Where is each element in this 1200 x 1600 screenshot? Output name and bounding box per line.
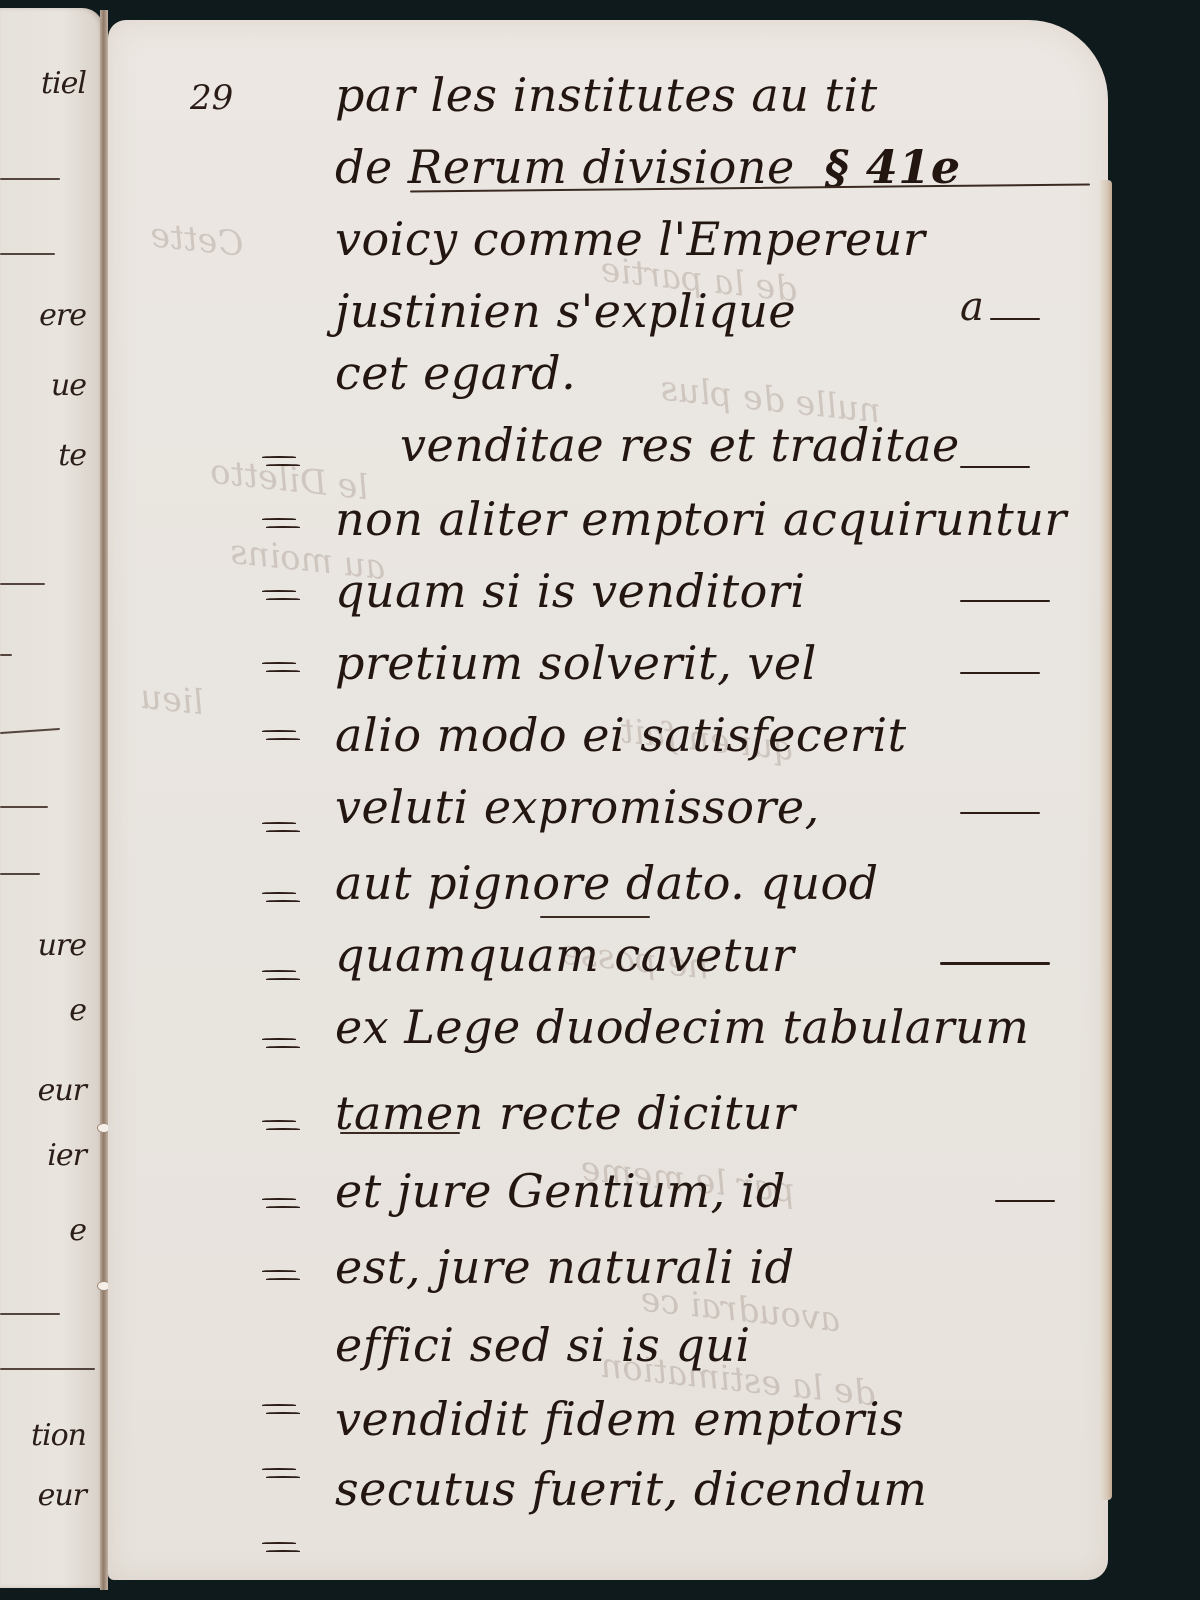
manuscript-line-paragraph-start: venditae res et traditae [400,418,960,472]
line-filler-tail [960,672,1040,674]
pen-stroke [0,728,60,734]
left-facing-page: tiel ere ue te ure e eur ier e tion eur [0,8,104,1588]
line-text: veluti expromissore, [335,780,820,834]
left-page-fragment: ue [51,368,86,403]
margin-equals-mark [262,968,296,984]
margin-equals-mark [262,660,296,676]
left-page-fragment: eur [38,1478,86,1513]
left-page-fragment: ere [39,298,86,333]
pen-stroke [0,806,48,808]
margin-equals-mark [262,454,296,470]
pen-stroke [0,873,40,875]
manuscript-line: effici sed si is qui [335,1318,751,1372]
line-text: cet egard. [335,346,576,400]
margin-equals-mark [262,1402,296,1418]
left-page-fragment: eur [38,1073,86,1108]
left-page-fragment: tion [31,1418,86,1453]
underline-stroke [540,916,650,918]
line-filler-tail [960,600,1050,602]
manuscript-line: par les institutes au tit [335,68,878,122]
line-filler-tail [940,962,1050,965]
line-text: alio modo ei satisfecerit [335,708,907,762]
stacked-page-edges [1100,180,1112,1500]
margin-equals-mark [262,516,296,532]
line-filler-tail [960,812,1040,814]
pen-stroke [0,1368,95,1370]
manuscript-line: quamquam cavetur [335,928,794,982]
left-page-fragment: ier [47,1138,86,1173]
line-text: et jure Gentium, id [335,1164,786,1218]
line-text: par les institutes au tit [335,68,878,122]
margin-equals-mark [262,820,296,836]
manuscript-photo: tiel ere ue te ure e eur ier e tion eur … [0,0,1200,1600]
line-filler-tail [960,466,1030,468]
manuscript-line: secutus fuerit, dicendum [335,1462,927,1516]
line-text: pretium solverit, vel [335,636,817,690]
underline-stroke [340,1132,460,1134]
page-number: 29 [190,78,233,118]
pen-stroke [0,178,60,180]
line-filler-tail [990,318,1040,320]
manuscript-line: ex Lege duodecim tabularum [335,1000,1029,1054]
left-page-fragment: e [69,993,86,1028]
pen-stroke [0,654,12,656]
manuscript-line: cet egard. [335,346,576,400]
margin-equals-mark [262,890,296,906]
margin-equals-mark [262,1540,296,1556]
margin-equals-mark [262,1036,296,1052]
manuscript-line: voicy comme l'Empereur [335,212,925,266]
manuscript-line: aut pignore dato. quod [335,856,879,910]
line-filler-tail [995,1200,1055,1202]
left-page-fragment: te [58,438,86,473]
margin-equals-mark [262,1196,296,1212]
line-text: quam si is venditori [335,564,806,618]
manuscript-line: pretium solverit, vel [335,636,817,690]
line-text: quamquam cavetur [335,928,794,982]
line-text: voicy comme l'Empereur [335,212,925,266]
line-text: de Rerum divisione [335,140,795,194]
line-text: justinien s'explique [335,284,796,338]
line-text: ex Lege duodecim tabularum [335,1000,1029,1054]
left-page-fragment: e [69,1213,86,1248]
margin-equals-mark [262,728,296,744]
line-text: aut pignore dato. quod [335,856,879,910]
manuscript-line: justinien s'explique [335,284,796,338]
line-text: venditae res et traditae [400,418,960,472]
line-filler-mark: a [960,284,984,330]
manuscript-line: est, jure naturali id [335,1240,795,1294]
margin-equals-mark [262,1268,296,1284]
pen-stroke [0,253,55,255]
line-text: secutus fuerit, dicendum [335,1462,927,1516]
manuscript-line: vendidit fidem emptoris [335,1392,904,1446]
book-gutter [100,10,108,1590]
left-page-fragment: ure [38,928,86,963]
manuscript-line: et jure Gentium, id [335,1164,786,1218]
manuscript-line: alio modo ei satisfecerit [335,708,907,762]
manuscript-line: veluti expromissore, [335,780,820,834]
line-text: est, jure naturali id [335,1240,795,1294]
line-text: effici sed si is qui [335,1318,751,1372]
pen-stroke [0,1313,60,1315]
line-text: non aliter emptori acquiruntur [335,492,1067,546]
line-text: vendidit fidem emptoris [335,1392,904,1446]
manuscript-line: quam si is venditori [335,564,806,618]
pen-stroke [0,583,45,585]
margin-equals-mark [262,588,296,604]
left-page-fragment: tiel [41,66,86,101]
margin-equals-mark [262,1118,296,1134]
manuscript-line: non aliter emptori acquiruntur [335,492,1067,546]
margin-equals-mark [262,1466,296,1482]
